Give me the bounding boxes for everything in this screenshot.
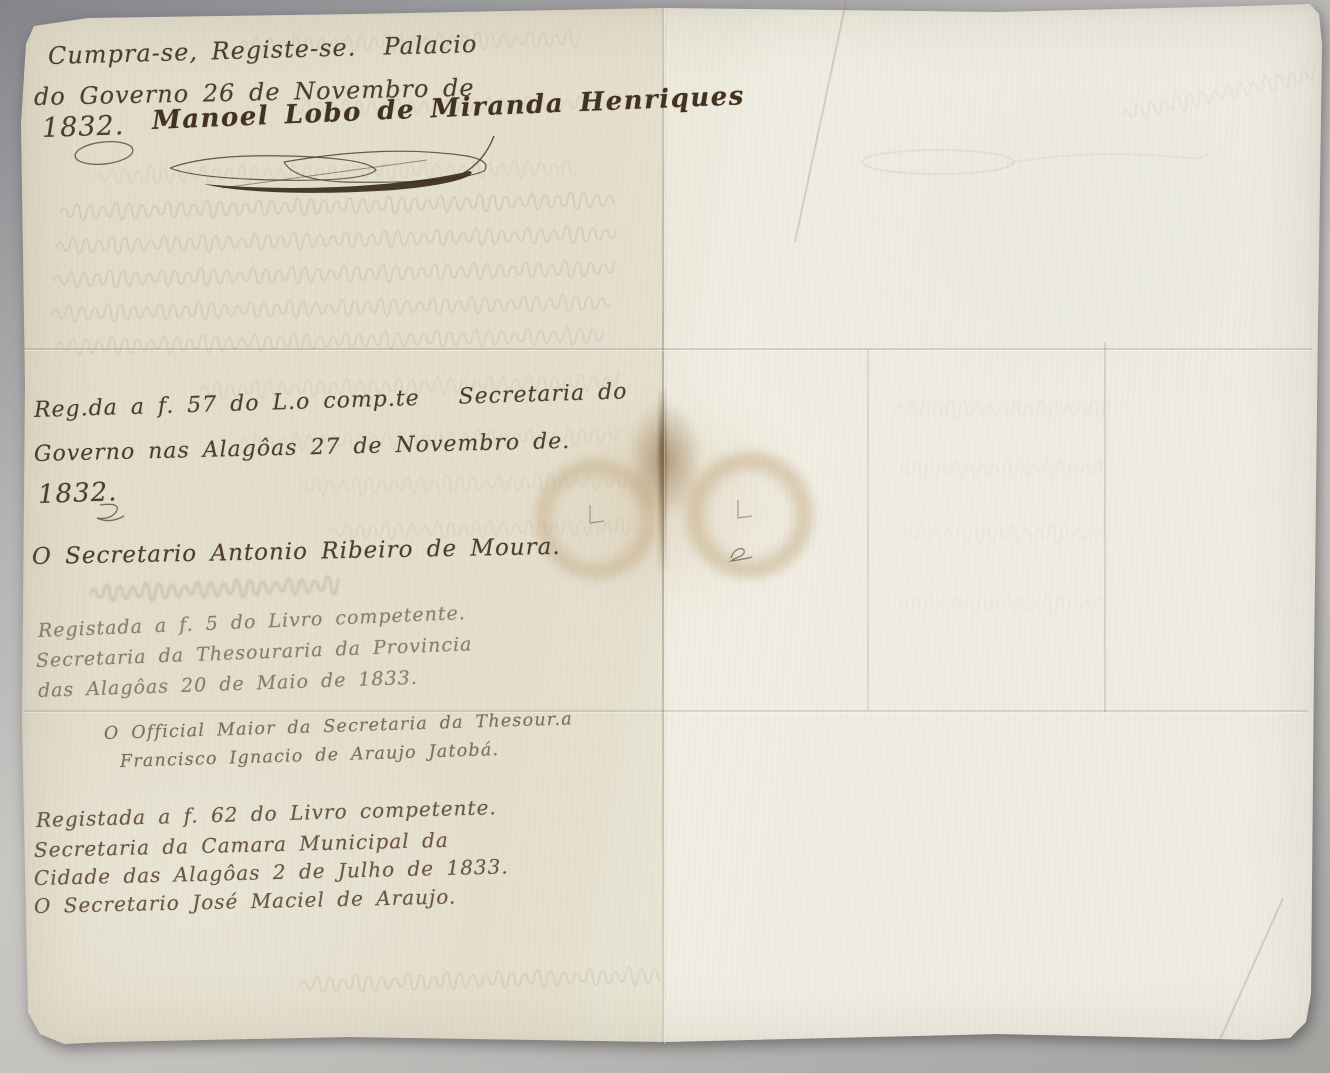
year-rubric-curl <box>92 502 128 534</box>
scanned-document-photo: Cumpra-se, Registe-se. Palacio do Govern… <box>0 0 1330 1073</box>
year-rubric-loop <box>72 138 136 172</box>
pen-mark-bracket-right <box>736 498 756 526</box>
pen-mark-curl <box>728 543 754 571</box>
pen-mark-bracket-left <box>588 503 608 531</box>
signature-flourish <box>162 130 502 202</box>
right-half-tint <box>666 4 1322 1050</box>
